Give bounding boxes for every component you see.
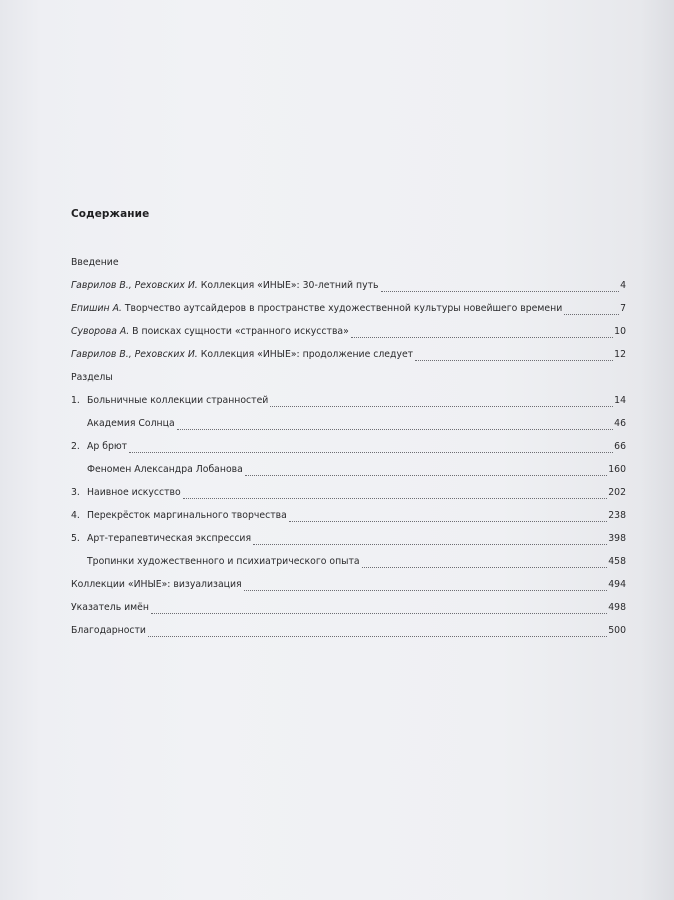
dot-leader <box>270 394 613 407</box>
toc-entry-label: Гаврилов В., Реховских И. Коллекция «ИНЫ… <box>71 279 379 293</box>
toc-entry-author: Епишин А. <box>71 303 122 314</box>
toc-entry-page: 494 <box>608 578 626 592</box>
toc-entry[interactable]: 4. Перекрёсток маргинального творчества … <box>71 509 626 532</box>
dot-leader <box>183 486 608 499</box>
toc-entry-label: Гаврилов В., Реховских И. Коллекция «ИНЫ… <box>71 348 413 362</box>
toc-entry[interactable]: Феномен Александра Лобанова 160 <box>71 463 626 486</box>
toc-entry-page: 14 <box>614 394 626 408</box>
toc-heading-sections: Разделы <box>71 371 626 394</box>
toc-entry[interactable]: Академия Солнца 46 <box>71 417 626 440</box>
toc-entry-title: Благодарности <box>71 624 146 638</box>
toc-entry-title: Коллекции «ИНЫЕ»: визуализация <box>71 578 242 592</box>
toc-heading-label: Разделы <box>71 371 113 385</box>
toc-heading-introduction: Введение <box>71 256 626 279</box>
toc-entry[interactable]: Коллекции «ИНЫЕ»: визуализация 494 <box>71 578 626 601</box>
toc-entry[interactable]: Гаврилов В., Реховских И. Коллекция «ИНЫ… <box>71 348 626 371</box>
toc-entry-title: Наивное искусство <box>87 486 181 500</box>
dot-leader <box>351 325 613 338</box>
toc-entry-author: Гаврилов В., Реховских И. <box>71 349 198 360</box>
dot-leader <box>129 440 613 453</box>
dot-leader <box>177 417 614 430</box>
toc-entry-title: Больничные коллекции странностей <box>87 394 268 408</box>
toc-entry-page: 500 <box>608 624 626 638</box>
toc-title: Содержание <box>71 208 149 220</box>
toc-entry-number: 5. <box>71 532 87 546</box>
toc-entry-label: Епишин А. Творчество аутсайдеров в прост… <box>71 302 562 316</box>
toc-entry-page: 46 <box>614 417 626 431</box>
toc-entry-page: 160 <box>608 463 626 477</box>
document-page: Содержание Введение Гаврилов В., Реховск… <box>0 0 674 900</box>
dot-leader <box>151 601 607 614</box>
toc-entry-page: 66 <box>614 440 626 454</box>
toc-entry-title: Перекрёсток маргинального творчества <box>87 509 287 523</box>
toc-entry-page: 238 <box>608 509 626 523</box>
toc-entry[interactable]: Благодарности 500 <box>71 624 626 647</box>
toc-entry[interactable]: 5. Арт-терапевтическая экспрессия 398 <box>71 532 626 555</box>
dot-leader <box>253 532 607 545</box>
dot-leader <box>564 302 619 315</box>
toc-entry-number: 1. <box>71 394 87 408</box>
toc-entry-title: Академия Солнца <box>87 417 175 431</box>
toc-entry-author: Суворова А. <box>71 326 129 337</box>
toc-entry-title: Творчество аутсайдеров в пространстве ху… <box>125 303 562 314</box>
dot-leader <box>289 509 607 522</box>
toc-entry-title: Коллекция «ИНЫЕ»: продолжение следует <box>201 349 413 360</box>
toc-entry-title: Ар брют <box>87 440 127 454</box>
toc-entry[interactable]: Гаврилов В., Реховских И. Коллекция «ИНЫ… <box>71 279 626 302</box>
toc-entry[interactable]: Епишин А. Творчество аутсайдеров в прост… <box>71 302 626 325</box>
dot-leader <box>244 578 608 591</box>
toc-entry-page: 12 <box>614 348 626 362</box>
toc-entry-title: Тропинки художественного и психиатрическ… <box>87 555 360 569</box>
toc-entry-page: 10 <box>614 325 626 339</box>
toc-entry-title: Феномен Александра Лобанова <box>87 463 243 477</box>
toc-heading-label: Введение <box>71 256 119 270</box>
toc-entry-title: Указатель имён <box>71 601 149 615</box>
toc-entry-page: 498 <box>608 601 626 615</box>
table-of-contents: Введение Гаврилов В., Реховских И. Колле… <box>71 256 626 647</box>
toc-entry[interactable]: 2. Ар брют 66 <box>71 440 626 463</box>
toc-entry-page: 458 <box>608 555 626 569</box>
toc-entry-title: В поисках сущности «странного искусства» <box>132 326 349 337</box>
toc-entry[interactable]: 3. Наивное искусство 202 <box>71 486 626 509</box>
dot-leader <box>362 555 608 568</box>
toc-entry[interactable]: 1. Больничные коллекции странностей 14 <box>71 394 626 417</box>
toc-entry-page: 398 <box>608 532 626 546</box>
toc-entry[interactable]: Указатель имён 498 <box>71 601 626 624</box>
toc-entry-number: 4. <box>71 509 87 523</box>
toc-entry-page: 202 <box>608 486 626 500</box>
toc-entry-label: Суворова А. В поисках сущности «странног… <box>71 325 349 339</box>
toc-entry-number: 3. <box>71 486 87 500</box>
dot-leader <box>381 279 620 292</box>
dot-leader <box>148 624 607 637</box>
toc-entry-author: Гаврилов В., Реховских И. <box>71 280 198 291</box>
toc-entry-page: 4 <box>620 279 626 293</box>
dot-leader <box>415 348 613 361</box>
toc-entry-title: Арт-терапевтическая экспрессия <box>87 532 251 546</box>
toc-entry-title: Коллекция «ИНЫЕ»: 30-летний путь <box>201 280 379 291</box>
toc-entry[interactable]: Суворова А. В поисках сущности «странног… <box>71 325 626 348</box>
toc-entry-page: 7 <box>620 302 626 316</box>
toc-entry[interactable]: Тропинки художественного и психиатрическ… <box>71 555 626 578</box>
dot-leader <box>245 463 607 476</box>
toc-entry-number: 2. <box>71 440 87 454</box>
